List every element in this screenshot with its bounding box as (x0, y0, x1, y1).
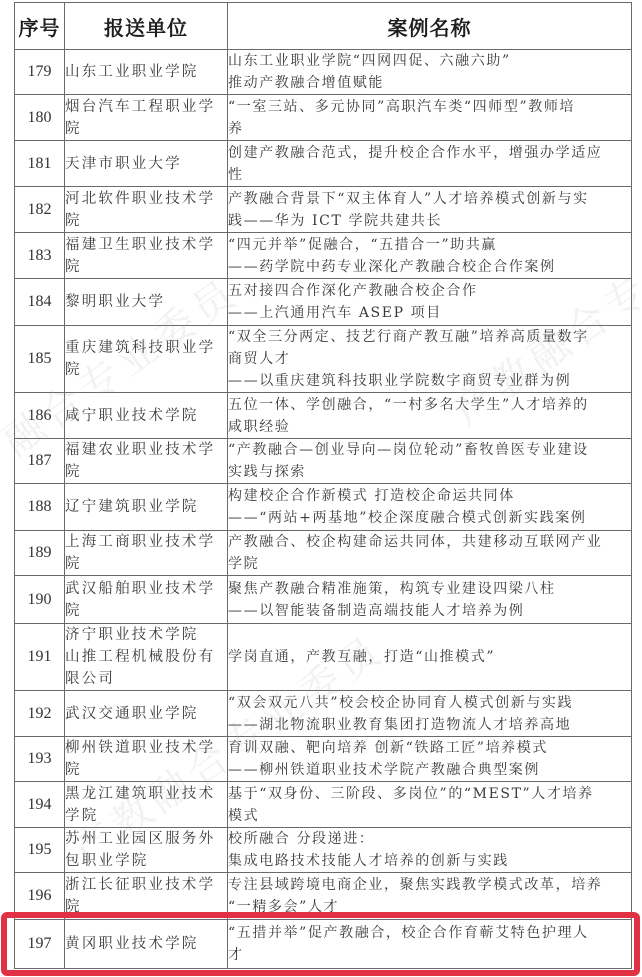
cell-case: 校所融合 分段递进：集成电路技术技能人才培养的创新与实践 (228, 828, 632, 873)
cell-unit: 浙江长征职业技术学院 (65, 873, 228, 920)
cell-no: 186 (15, 393, 65, 439)
unit-line: 河北软件职业技术学 (65, 188, 227, 210)
unit-line: 院 (65, 896, 227, 918)
cell-unit: 福建农业职业技术学院 (65, 439, 228, 484)
cell-no: 182 (15, 187, 65, 233)
case-line: ——湖北物流职业教育集团打造物流人才培养高地 (228, 714, 631, 736)
case-line: 学岗直通，产教互融，打造“山推模式” (228, 646, 631, 668)
case-line: 性 (228, 164, 631, 186)
table-row: 186咸宁职业技术学院五位一体、学创融合，“一村多名大学生”人才培养的咸职经验 (15, 393, 632, 439)
case-line: 学院 (228, 553, 631, 575)
cell-case: 五位一体、学创融合，“一村多名大学生”人才培养的咸职经验 (228, 393, 632, 439)
cell-case: 聚焦产教融合精准施策，构筑专业建设四梁八柱——以智能装备制造高端技能人才培养为例 (228, 576, 632, 624)
cell-case: 构建校企合作新模式 打造校企命运共同体——“两站+两基地”校企深度融合模式创新实… (228, 484, 632, 531)
cell-case: 基于“双身份、三阶段、多岗位”的“MEST”人才培养模式 (228, 782, 632, 828)
document-page: 序号 报送单位 案例名称 179山东工业职业学院山东工业职业学院“四网四促、六融… (0, 0, 642, 977)
cell-no: 188 (15, 484, 65, 531)
unit-line: 山东工业职业学院 (65, 61, 227, 83)
case-line: 育训双融、靶向培养 创新“铁路工匠”培养模式 (228, 737, 631, 759)
case-line: 构建校企合作新模式 打造校企命运共同体 (228, 485, 631, 507)
case-line: 五对接四合作深化产教融合校企合作 (228, 280, 631, 302)
cell-case: 产教融合背景下“双主体育人”人才培养模式创新与实践——华为 ICT 学院共建共长 (228, 187, 632, 233)
case-line: 校所融合 分段递进： (228, 828, 631, 850)
case-line: ——药学院中药专业深化产教融合校企合作案例 (228, 256, 631, 278)
case-line: 实践与探索 (228, 461, 631, 483)
cell-unit: 武汉船舶职业技术学院 (65, 576, 228, 624)
cell-unit: 苏州工业园区服务外包职业学院 (65, 828, 228, 873)
table-row: 183福建卫生职业技术学院“四元并举”促融合，“五措合一”助共赢——药学院中药专… (15, 233, 632, 279)
unit-line: 济宁职业技术学院 (65, 624, 227, 646)
cell-case: 育训双融、靶向培养 创新“铁路工匠”培养模式——柳州铁道职业技术学院产教融合典型… (228, 737, 632, 782)
cell-case: “一室三站、多元协同”高职汽车类“四师型”教师培养 (228, 95, 632, 141)
case-line: 推动产教融合增值赋能 (228, 72, 631, 94)
cell-unit: 黄冈职业技术学院 (65, 920, 228, 969)
cell-no: 185 (15, 326, 65, 393)
table-row: 191济宁职业技术学院山推工程机械股份有限公司学岗直通，产教互融，打造“山推模式… (15, 624, 632, 691)
unit-line: 学院 (65, 805, 227, 827)
case-line: “四元并举”促融合，“五措合一”助共赢 (228, 234, 631, 256)
table-row: 195苏州工业园区服务外包职业学院校所融合 分段递进：集成电路技术技能人才培养的… (15, 828, 632, 873)
table-row: 180烟台汽车工程职业学院“一室三站、多元协同”高职汽车类“四师型”教师培养 (15, 95, 632, 141)
unit-line: 院 (65, 759, 227, 781)
unit-line: 院 (65, 600, 227, 622)
unit-line: 天津市职业大学 (65, 153, 227, 175)
cell-case: 学岗直通，产教互融，打造“山推模式” (228, 624, 632, 691)
cell-case: 专注县域跨境电商企业，聚焦实践教学模式改革，培养“一精多会”人才 (228, 873, 632, 920)
cell-unit: 黎明职业大学 (65, 279, 228, 326)
case-line: “一室三站、多元协同”高职汽车类“四师型”教师培 (228, 96, 631, 118)
case-line: 践——华为 ICT 学院共建共长 (228, 210, 631, 232)
case-line: 咸职经验 (228, 416, 631, 438)
cell-unit: 山东工业职业学院 (65, 50, 228, 95)
cell-case: “双会双元八共”校会校企协同育人模式创新与实践——湖北物流职业教育集团打造物流人… (228, 691, 632, 737)
unit-line: 烟台汽车工程职业学 (65, 96, 227, 118)
cell-no: 184 (15, 279, 65, 326)
case-line: 基于“双身份、三阶段、多岗位”的“MEST”人才培养 (228, 783, 631, 805)
cell-case: “五措并举”促产教融合，校企合作育蕲艾特色护理人才 (228, 920, 632, 969)
case-line: 五位一体、学创融合，“一村多名大学生”人才培养的 (228, 394, 631, 416)
unit-line: 限公司 (65, 668, 227, 690)
cell-case: 五对接四合作深化产教融合校企合作——上汽通用汽车 ASEP 项目 (228, 279, 632, 326)
header-no: 序号 (15, 3, 65, 50)
cell-case: 山东工业职业学院“四网四促、六融六助”推动产教融合增值赋能 (228, 50, 632, 95)
unit-line: 柳州铁道职业技术学 (65, 737, 227, 759)
unit-line: 武汉交通职业学院 (65, 703, 227, 725)
table-row: 184黎明职业大学五对接四合作深化产教融合校企合作——上汽通用汽车 ASEP 项… (15, 279, 632, 326)
case-line: “一精多会”人才 (228, 896, 631, 918)
unit-line: 黑龙江建筑职业技术 (65, 783, 227, 805)
cell-no: 190 (15, 576, 65, 624)
cell-unit: 河北软件职业技术学院 (65, 187, 228, 233)
case-line: “五措并举”促产教融合，校企合作育蕲艾特色护理人 (228, 922, 631, 944)
case-line: ——“两站+两基地”校企深度融合模式创新实践案例 (228, 507, 631, 529)
cell-unit: 武汉交通职业学院 (65, 691, 228, 737)
case-line: 产教融合、校企构建命运共同体，共建移动互联网产业 (228, 531, 631, 553)
cell-no: 180 (15, 95, 65, 141)
case-line: “双全三分两定、技艺行商产教互融”培养高质量数字 (228, 326, 631, 348)
cell-unit: 黑龙江建筑职业技术学院 (65, 782, 228, 828)
unit-line: 院 (65, 359, 227, 381)
cell-no: 181 (15, 141, 65, 187)
case-line: ——柳州铁道职业技术学院产教融合典型案例 (228, 759, 631, 781)
case-line: “双会双元八共”校会校企协同育人模式创新与实践 (228, 692, 631, 714)
table-row: 197黄冈职业技术学院“五措并举”促产教融合，校企合作育蕲艾特色护理人才 (15, 920, 632, 969)
unit-line: 院 (65, 118, 227, 140)
table-row: 193柳州铁道职业技术学院育训双融、靶向培养 创新“铁路工匠”培养模式——柳州铁… (15, 737, 632, 782)
case-line: 产教融合背景下“双主体育人”人才培养模式创新与实 (228, 188, 631, 210)
case-line: ——以智能装备制造高端技能人才培养为例 (228, 600, 631, 622)
cell-no: 191 (15, 624, 65, 691)
case-line: 专注县域跨境电商企业，聚焦实践教学模式改革，培养 (228, 874, 631, 896)
cell-unit: 辽宁建筑职业学院 (65, 484, 228, 531)
unit-line: 黄冈职业技术学院 (65, 933, 227, 955)
table-row: 181天津市职业大学创建产教融合范式，提升校企合作水平，增强办学适应性 (15, 141, 632, 187)
unit-line: 院 (65, 461, 227, 483)
unit-line: 福建卫生职业技术学 (65, 234, 227, 256)
table-header-row: 序号 报送单位 案例名称 (15, 3, 632, 50)
cell-unit: 济宁职业技术学院山推工程机械股份有限公司 (65, 624, 228, 691)
unit-line: 重庆建筑科技职业学 (65, 337, 227, 359)
unit-line: 咸宁职业技术学院 (65, 405, 227, 427)
cell-no: 179 (15, 50, 65, 95)
case-line: ——上汽通用汽车 ASEP 项目 (228, 302, 631, 324)
unit-line: 院 (65, 553, 227, 575)
table-row: 194黑龙江建筑职业技术学院基于“双身份、三阶段、多岗位”的“MEST”人才培养… (15, 782, 632, 828)
unit-line: 上海工商职业技术学 (65, 531, 227, 553)
case-line: ——以重庆建筑科技职业学院数字商贸专业群为例 (228, 370, 631, 392)
cell-unit: 福建卫生职业技术学院 (65, 233, 228, 279)
table-row: 190武汉船舶职业技术学院聚焦产教融合精准施策，构筑专业建设四梁八柱——以智能装… (15, 576, 632, 624)
unit-line: 院 (65, 210, 227, 232)
header-case: 案例名称 (228, 3, 632, 50)
table-row: 192武汉交通职业学院“双会双元八共”校会校企协同育人模式创新与实践——湖北物流… (15, 691, 632, 737)
cell-case: 产教融合、校企构建命运共同体，共建移动互联网产业学院 (228, 531, 632, 576)
cell-no: 189 (15, 531, 65, 576)
table-row: 185重庆建筑科技职业学院“双全三分两定、技艺行商产教互融”培养高质量数字商贸人… (15, 326, 632, 393)
case-line: 才 (228, 944, 631, 966)
case-line: 聚焦产教融合精准施策，构筑专业建设四梁八柱 (228, 578, 631, 600)
cell-case: “产教融合—创业导向—岗位轮动”畜牧兽医专业建设实践与探索 (228, 439, 632, 484)
unit-line: 武汉船舶职业技术学 (65, 578, 227, 600)
table-row: 188辽宁建筑职业学院构建校企合作新模式 打造校企命运共同体——“两站+两基地”… (15, 484, 632, 531)
unit-line: 辽宁建筑职业学院 (65, 496, 227, 518)
cell-unit: 天津市职业大学 (65, 141, 228, 187)
table-row: 187福建农业职业技术学院“产教融合—创业导向—岗位轮动”畜牧兽医专业建设实践与… (15, 439, 632, 484)
case-line: 集成电路技术技能人才培养的创新与实践 (228, 850, 631, 872)
cell-unit: 重庆建筑科技职业学院 (65, 326, 228, 393)
cell-unit: 烟台汽车工程职业学院 (65, 95, 228, 141)
cell-unit: 咸宁职业技术学院 (65, 393, 228, 439)
cell-no: 195 (15, 828, 65, 873)
case-line: 创建产教融合范式，提升校企合作水平，增强办学适应 (228, 142, 631, 164)
table-row: 179山东工业职业学院山东工业职业学院“四网四促、六融六助”推动产教融合增值赋能 (15, 50, 632, 95)
cell-no: 194 (15, 782, 65, 828)
cell-unit: 上海工商职业技术学院 (65, 531, 228, 576)
unit-line: 浙江长征职业技术学 (65, 874, 227, 896)
case-line: 模式 (228, 805, 631, 827)
cell-no: 197 (15, 920, 65, 969)
table-body: 179山东工业职业学院山东工业职业学院“四网四促、六融六助”推动产教融合增值赋能… (15, 50, 632, 969)
table-row: 182河北软件职业技术学院产教融合背景下“双主体育人”人才培养模式创新与实践——… (15, 187, 632, 233)
case-line: “产教融合—创业导向—岗位轮动”畜牧兽医专业建设 (228, 439, 631, 461)
cell-no: 193 (15, 737, 65, 782)
cell-no: 192 (15, 691, 65, 737)
cell-case: 创建产教融合范式，提升校企合作水平，增强办学适应性 (228, 141, 632, 187)
unit-line: 苏州工业园区服务外 (65, 828, 227, 850)
cell-no: 196 (15, 873, 65, 920)
cell-case: “双全三分两定、技艺行商产教互融”培养高质量数字商贸人才——以重庆建筑科技职业学… (228, 326, 632, 393)
unit-line: 福建农业职业技术学 (65, 439, 227, 461)
cell-no: 187 (15, 439, 65, 484)
unit-line: 院 (65, 256, 227, 278)
case-line: 山东工业职业学院“四网四促、六融六助” (228, 50, 631, 72)
header-unit: 报送单位 (65, 3, 228, 50)
unit-line: 包职业学院 (65, 850, 227, 872)
case-table: 序号 报送单位 案例名称 179山东工业职业学院山东工业职业学院“四网四促、六融… (14, 2, 632, 969)
table-row: 189上海工商职业技术学院产教融合、校企构建命运共同体，共建移动互联网产业学院 (15, 531, 632, 576)
case-line: 商贸人才 (228, 348, 631, 370)
table-row: 196浙江长征职业技术学院专注县域跨境电商企业，聚焦实践教学模式改革，培养“一精… (15, 873, 632, 920)
cell-unit: 柳州铁道职业技术学院 (65, 737, 228, 782)
cell-no: 183 (15, 233, 65, 279)
cell-case: “四元并举”促融合，“五措合一”助共赢——药学院中药专业深化产教融合校企合作案例 (228, 233, 632, 279)
unit-line: 黎明职业大学 (65, 291, 227, 313)
case-line: 养 (228, 118, 631, 140)
unit-line: 山推工程机械股份有 (65, 646, 227, 668)
